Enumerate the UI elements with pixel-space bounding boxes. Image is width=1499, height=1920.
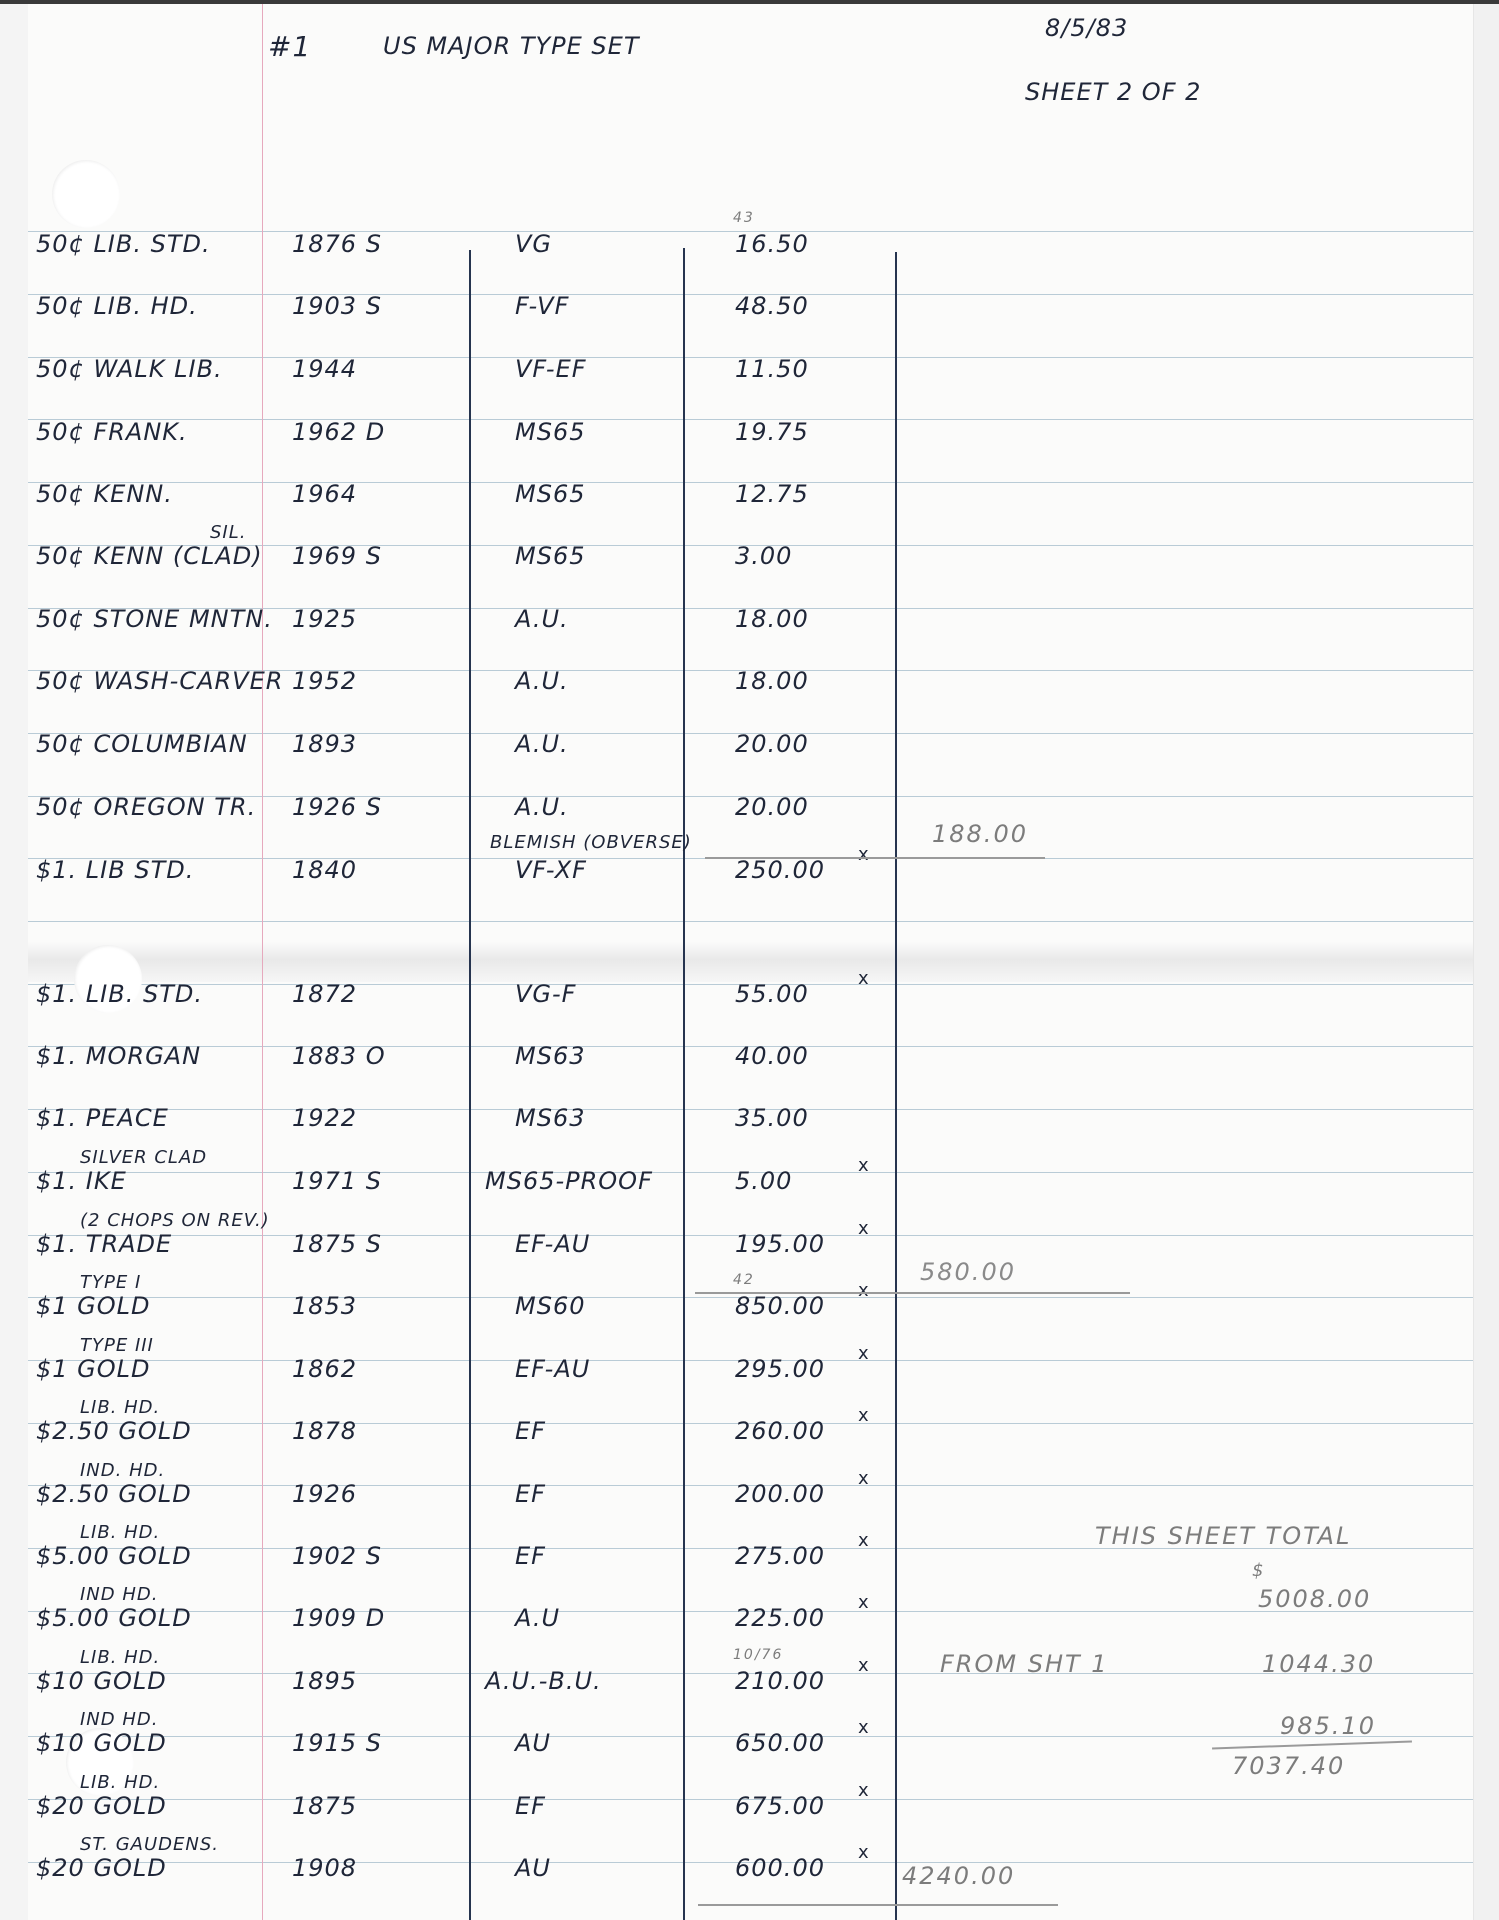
coin-annotation: LIB. HD. xyxy=(80,1522,160,1543)
coin-price: 225.00 xyxy=(735,1604,825,1632)
coin-grade: A.U.-B.U. xyxy=(485,1667,602,1695)
from-sheet-total: 1044.30 xyxy=(1262,1650,1375,1678)
coin-annotation: SILVER CLAD xyxy=(80,1147,207,1168)
coin-year: 1944 xyxy=(292,355,357,383)
sheet-number: SHEET 2 OF 2 xyxy=(1025,78,1201,106)
coin-price: 295.00 xyxy=(735,1355,825,1383)
coin-type: 50¢ OREGON TR. xyxy=(36,793,256,821)
check-mark: x xyxy=(858,1405,869,1426)
column-divider-grade-price xyxy=(683,248,685,1920)
coin-type: 50¢ WALK LIB. xyxy=(36,355,223,383)
additional-amount: 985.10 xyxy=(1280,1712,1376,1740)
coin-grade: MS65 xyxy=(515,542,585,570)
coin-grade: A.U. xyxy=(515,793,569,821)
coin-grade: AU xyxy=(515,1854,551,1882)
coin-price: 18.00 xyxy=(735,667,809,695)
coin-price: 35.00 xyxy=(735,1104,809,1132)
check-mark: x xyxy=(858,1717,869,1738)
coin-grade: VF-XF xyxy=(515,856,587,884)
coin-year: 1962 D xyxy=(292,418,385,446)
page-title: US MAJOR TYPE SET xyxy=(383,32,639,60)
coin-type: 50¢ LIB. STD. xyxy=(36,230,211,258)
coin-price: 600.00 xyxy=(735,1854,825,1882)
coin-price: 20.00 xyxy=(735,730,809,758)
check-mark: x xyxy=(858,1842,869,1863)
coin-annotation: IND. HD. xyxy=(80,1460,165,1481)
coin-grade: A.U xyxy=(515,1604,560,1632)
coin-grade: EF-AU xyxy=(515,1355,590,1383)
coin-year: 1878 xyxy=(292,1417,357,1445)
coin-price: 200.00 xyxy=(735,1480,825,1508)
coin-annotation: SIL. xyxy=(210,522,246,543)
check-mark: x xyxy=(858,968,869,989)
price-annotation: 42 xyxy=(733,1272,755,1288)
check-mark: x xyxy=(858,1343,869,1364)
coin-year: 1922 xyxy=(292,1104,357,1132)
coin-grade: EF xyxy=(515,1480,546,1508)
check-mark: x xyxy=(858,1592,869,1613)
coin-grade: MS65-PROOF xyxy=(485,1167,653,1195)
coin-grade: F-VF xyxy=(515,292,569,320)
coin-type: $1 GOLD xyxy=(36,1355,151,1383)
coin-year: 1862 xyxy=(292,1355,357,1383)
coin-grade: EF xyxy=(515,1417,546,1445)
coin-annotation: IND HD. xyxy=(80,1584,158,1605)
coin-type: 50¢ COLUMBIAN xyxy=(36,730,248,758)
coin-year: 1969 S xyxy=(292,542,382,570)
coin-annotation: LIB. HD. xyxy=(80,1772,160,1793)
coin-year: 1915 S xyxy=(292,1729,382,1757)
coin-price: 11.50 xyxy=(735,355,809,383)
check-mark: x xyxy=(858,1655,869,1676)
coin-annotation: (2 CHOPS ON REV.) xyxy=(80,1210,270,1231)
coin-price: 55.00 xyxy=(735,980,809,1008)
subtotal-underline xyxy=(698,1904,1058,1906)
check-mark: x xyxy=(858,1530,869,1551)
subtotal-half-dollars: 188.00 xyxy=(932,820,1028,848)
coin-price: 19.75 xyxy=(735,418,809,446)
paper-fold xyxy=(28,942,1473,982)
coin-grade: EF-AU xyxy=(515,1230,590,1258)
set-number: #1 xyxy=(268,30,311,63)
sheet-total-label: THIS SHEET TOTAL xyxy=(1095,1522,1351,1550)
coin-year: 1909 D xyxy=(292,1604,385,1632)
coin-grade: VG-F xyxy=(515,980,576,1008)
coin-grade: EF xyxy=(515,1792,546,1820)
column-divider-price-subtotal xyxy=(895,252,897,1920)
subtotal-gold: 4240.00 xyxy=(902,1862,1015,1890)
subtotal-underline xyxy=(705,857,1045,859)
from-sheet-label: FROM SHT 1 xyxy=(940,1650,1109,1678)
coin-type: $1. MORGAN xyxy=(36,1042,201,1070)
coin-price: 650.00 xyxy=(735,1729,825,1757)
coin-year: 1926 S xyxy=(292,793,382,821)
coin-year: 1908 xyxy=(292,1854,357,1882)
coin-type: 50¢ LIB. HD. xyxy=(36,292,198,320)
coin-year: 1925 xyxy=(292,605,357,633)
coin-annotation: ST. GAUDENS. xyxy=(80,1834,219,1855)
sheet-date: 8/5/83 xyxy=(1045,14,1128,42)
check-mark: x xyxy=(858,1780,869,1801)
coin-year: 1872 xyxy=(292,980,357,1008)
coin-price: 20.00 xyxy=(735,793,809,821)
hole-punch-top xyxy=(52,160,120,228)
coin-type: 50¢ STONE MNTN. xyxy=(36,605,273,633)
coin-grade: A.U. xyxy=(515,667,569,695)
coin-type: $1. IKE xyxy=(36,1167,127,1195)
coin-grade: MS63 xyxy=(515,1104,585,1132)
coin-price: 48.50 xyxy=(735,292,809,320)
coin-price: 210.00 xyxy=(735,1667,825,1695)
coin-type: 50¢ FRANK. xyxy=(36,418,188,446)
grade-annotation: BLEMISH (OBVERSE) xyxy=(490,832,692,853)
coin-year: 1883 O xyxy=(292,1042,386,1070)
coin-year: 1895 xyxy=(292,1667,357,1695)
coin-annotation: IND HD. xyxy=(80,1709,158,1730)
red-margin-line xyxy=(262,4,263,1920)
coin-grade: AU xyxy=(515,1729,551,1757)
coin-price: 675.00 xyxy=(735,1792,825,1820)
coin-year: 1964 xyxy=(292,480,357,508)
scan-margin xyxy=(1473,4,1499,1920)
check-mark: x xyxy=(858,1468,869,1489)
coin-price: 12.75 xyxy=(735,480,809,508)
currency-symbol: $ xyxy=(1252,1560,1265,1581)
coin-year: 1876 S xyxy=(292,230,382,258)
coin-grade: EF xyxy=(515,1542,546,1570)
coin-year: 1971 S xyxy=(292,1167,382,1195)
coin-year: 1875 xyxy=(292,1792,357,1820)
coin-type: $1. LIB STD. xyxy=(36,856,194,884)
coin-type: $1. TRADE xyxy=(36,1230,172,1258)
coin-year: 1875 S xyxy=(292,1230,382,1258)
coin-year: 1840 xyxy=(292,856,357,884)
coin-price: 16.50 xyxy=(735,230,809,258)
coin-type: $1. PEACE xyxy=(36,1104,169,1132)
coin-annotation: LIB. HD. xyxy=(80,1647,160,1668)
coin-year: 1903 S xyxy=(292,292,382,320)
coin-type: $10 GOLD xyxy=(36,1667,167,1695)
coin-year: 1926 xyxy=(292,1480,357,1508)
coin-year: 1902 S xyxy=(292,1542,382,1570)
coin-price: 275.00 xyxy=(735,1542,825,1570)
coin-type: $2.50 GOLD xyxy=(36,1417,192,1445)
coin-type: $5.00 GOLD xyxy=(36,1604,192,1632)
check-mark: x xyxy=(858,1280,869,1301)
coin-grade: VF-EF xyxy=(515,355,587,383)
coin-type: $1 GOLD xyxy=(36,1292,151,1320)
grand-total: 7037.40 xyxy=(1232,1752,1345,1780)
coin-price: 850.00 xyxy=(735,1292,825,1320)
coin-type: 50¢ WASH-CARVER xyxy=(36,667,283,695)
coin-price: 260.00 xyxy=(735,1417,825,1445)
price-annotation: 10/76 xyxy=(733,1647,783,1663)
coin-year: 1853 xyxy=(292,1292,357,1320)
coin-annotation: TYPE I xyxy=(80,1272,141,1293)
this-sheet-total: 5008.00 xyxy=(1258,1585,1371,1613)
coin-type: $2.50 GOLD xyxy=(36,1480,192,1508)
coin-grade: A.U. xyxy=(515,730,569,758)
coin-grade: MS63 xyxy=(515,1042,585,1070)
coin-price: 250.00 xyxy=(735,856,825,884)
coin-grade: MS65 xyxy=(515,418,585,446)
coin-price: 40.00 xyxy=(735,1042,809,1070)
check-mark: x xyxy=(858,844,869,865)
coin-price: 18.00 xyxy=(735,605,809,633)
check-mark: x xyxy=(858,1218,869,1239)
coin-price: 3.00 xyxy=(735,542,792,570)
column-divider-year-grade xyxy=(469,250,471,1920)
coin-year: 1893 xyxy=(292,730,357,758)
coin-grade: MS60 xyxy=(515,1292,585,1320)
coin-type: $5.00 GOLD xyxy=(36,1542,192,1570)
coin-annotation: LIB. HD. xyxy=(80,1397,160,1418)
price-annotation: 43 xyxy=(733,210,755,226)
subtotal-underline xyxy=(695,1292,1130,1294)
coin-type: $20 GOLD xyxy=(36,1792,167,1820)
coin-grade: A.U. xyxy=(515,605,569,633)
subtotal-dollars: 580.00 xyxy=(920,1258,1016,1286)
coin-type: $1. LIB. STD. xyxy=(36,980,203,1008)
coin-annotation: TYPE III xyxy=(80,1335,154,1356)
coin-price: 5.00 xyxy=(735,1167,792,1195)
coin-year: 1952 xyxy=(292,667,357,695)
coin-type: 50¢ KENN (CLAD) xyxy=(36,542,263,570)
coin-type: $10 GOLD xyxy=(36,1729,167,1757)
coin-price: 195.00 xyxy=(735,1230,825,1258)
coin-grade: VG xyxy=(515,230,552,258)
coin-grade: MS65 xyxy=(515,480,585,508)
coin-type: $20 GOLD xyxy=(36,1854,167,1882)
check-mark: x xyxy=(858,1155,869,1176)
coin-type: 50¢ KENN. xyxy=(36,480,173,508)
